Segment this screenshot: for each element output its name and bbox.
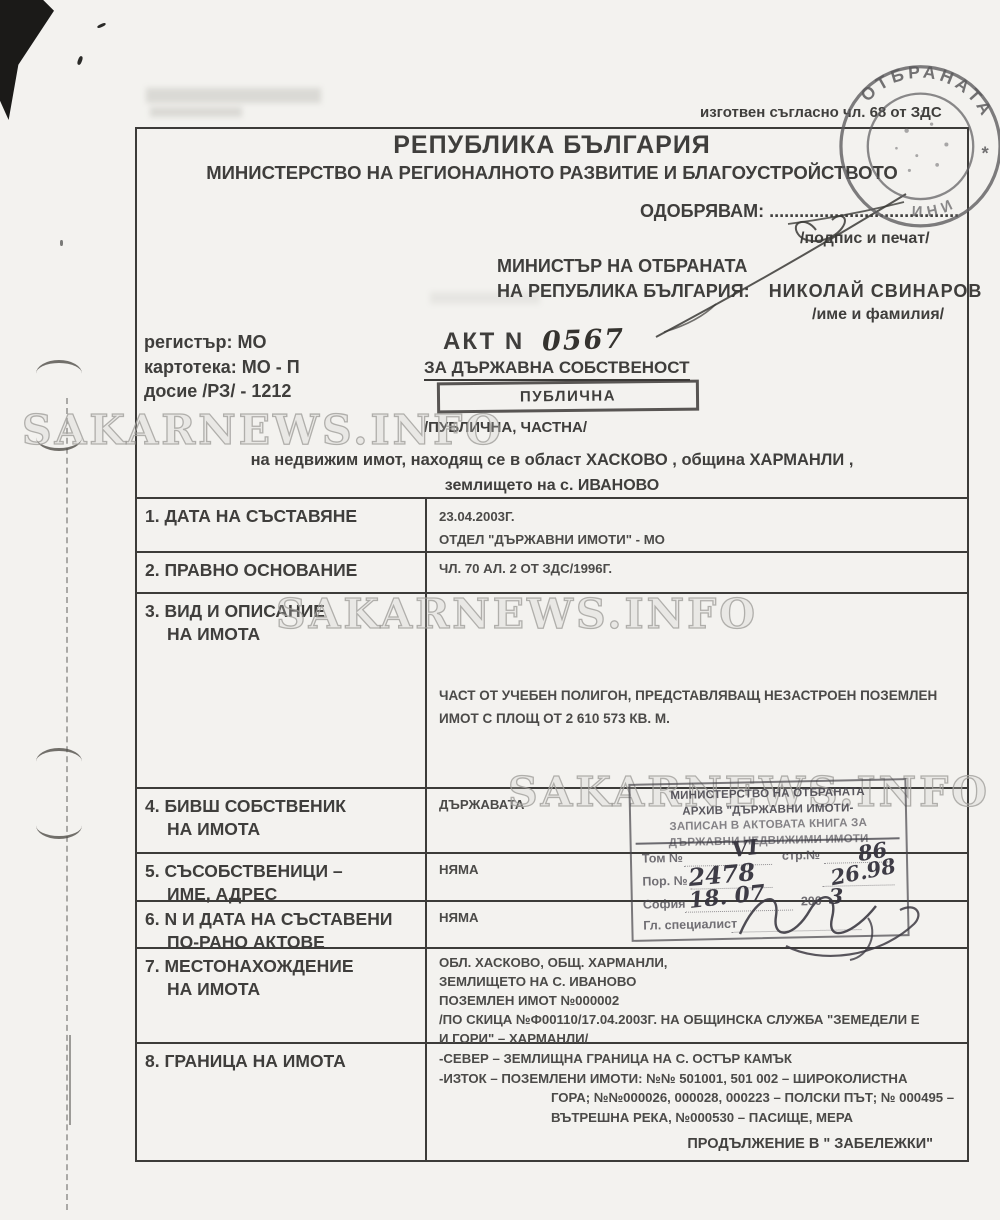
por-label: Пор. № (642, 874, 687, 889)
ghost-print (150, 107, 242, 117)
ownership-type-label: ПУБЛИЧНА (520, 387, 616, 405)
label-line: 8. ГРАНИЦА НА ИМОТА (145, 1050, 419, 1073)
watermark: SAKARNEWS.INFO (276, 590, 758, 638)
specialist-signature (728, 872, 928, 967)
act-title-prefix: АКТ N (443, 328, 524, 355)
registry-block: регистър: МО картотека: МО - П досие /РЗ… (144, 330, 300, 404)
label-line: 5. СЪСОБСТВЕНИЦИ – (145, 860, 419, 883)
row-label: 1. ДАТА НА СЪСТАВЯНЕ (135, 499, 427, 551)
city-label: София (643, 897, 686, 912)
row-value: -СЕВЕР – ЗЕМЛИЩНА ГРАНИЦА НА С. ОСТЪР КА… (427, 1044, 969, 1160)
table-row-date: 1. ДАТА НА СЪСТАВЯНЕ 23.04.2003Г. ОТДЕЛ … (135, 499, 969, 553)
value-line: ИМОТ С ПЛОЩ ОТ 2 610 573 КВ. М. (439, 707, 959, 730)
value-line: ЧЛ. 70 АЛ. 2 ОТ ЗДС/1996Г. (439, 559, 959, 579)
value-line: ОТДЕЛ "ДЪРЖАВНИ ИМОТИ" - МО (439, 528, 959, 551)
register-line: регистър: МО (144, 330, 300, 355)
label-line: 1. ДАТА НА СЪСТАВЯНЕ (145, 505, 419, 528)
label-line: НА ИМОТА (145, 818, 419, 841)
row-label: 6. N И ДАТА НА СЪСТАВЕНИ ПО-РАНО АКТОВЕ (135, 902, 427, 947)
property-location-line2: землището на с. ИВАНОВО (135, 477, 969, 495)
label-line: 4. БИВШ СОБСТВЕНИК (145, 795, 419, 818)
value-line: -СЕВЕР – ЗЕМЛИЩНА ГРАНИЦА НА С. ОСТЪР КА… (439, 1049, 959, 1069)
fold-line (66, 398, 68, 1210)
value-line: /ПО СКИЦА №Ф00110/17.04.2003Г. НА ОБЩИНС… (439, 1010, 959, 1029)
watermark: SAKARNEWS.INFO (22, 406, 504, 454)
label-line: 2. ПРАВНО ОСНОВАНИЕ (145, 559, 419, 582)
table-row-legal-grounds: 2. ПРАВНО ОСНОВАНИЕ ЧЛ. 70 АЛ. 2 ОТ ЗДС/… (135, 553, 969, 594)
scan-artifact-corner (0, 0, 54, 120)
value-line: ЧАСТ ОТ УЧЕБЕН ПОЛИГОН, ПРЕДСТАВЛЯВАЩ НЕ… (439, 684, 959, 707)
label-line: 6. N И ДАТА НА СЪСТАВЕНИ (145, 908, 419, 931)
round-ministry-stamp: ОТБРАНАТА ИНИ * (828, 42, 1000, 247)
svg-text:*: * (982, 142, 990, 163)
stamp-speckles (895, 110, 948, 172)
card-index-line: картотека: МО - П (144, 355, 300, 380)
value-line: 23.04.2003Г. (439, 505, 959, 528)
scanned-document-page: SAKARNEWS.INFO SAKARNEWS.INFO SAKARNEWS.… (0, 0, 1000, 1220)
table-row-borders: 8. ГРАНИЦА НА ИМОТА -СЕВЕР – ЗЕМЛИЩНА ГР… (135, 1044, 969, 1162)
value-line: -ИЗТОК – ПОЗЕМЛЕНИ ИМОТИ: №№ 501001, 501… (439, 1069, 959, 1089)
hole-punch (36, 812, 82, 839)
value-line: ПОЗЕМЛЕН ИМОТ №000002 (439, 991, 959, 1010)
label-line: 7. МЕСТОНАХОЖДЕНИЕ (145, 955, 419, 978)
svg-text:ОТБРАНАТА: ОТБРАНАТА (856, 62, 997, 122)
hole-punch (36, 748, 82, 775)
label-line: НА ИМОТА (145, 978, 419, 1001)
scan-speck (60, 240, 63, 246)
act-number-handwritten: 0567 (541, 324, 625, 358)
row-value: 23.04.2003Г. ОТДЕЛ "ДЪРЖАВНИ ИМОТИ" - МО (427, 499, 969, 551)
scan-speck (77, 56, 84, 66)
hole-punch (36, 360, 82, 387)
specialist-label: Гл. специалист (643, 917, 737, 933)
act-title: АКТ N 0567 (443, 325, 625, 356)
row-label: 2. ПРАВНО ОСНОВАНИЕ (135, 553, 427, 592)
row-label: 7. МЕСТОНАХОЖДЕНИЕ НА ИМОТА (135, 949, 427, 1042)
row-label: 8. ГРАНИЦА НА ИМОТА (135, 1044, 427, 1160)
row-label: 4. БИВШ СОБСТВЕНИК НА ИМОТА (135, 789, 427, 852)
str-label: стр.№ (782, 848, 820, 863)
value-paragraph: ЧАСТ ОТ УЧЕБЕН ПОЛИГОН, ПРЕДСТАВЛЯВАЩ НЕ… (439, 684, 959, 730)
value-line: ВЪТРЕШНА РЕКА, №000530 – ПАСИЩЕ, МЕРА (439, 1108, 959, 1128)
dossier-line: досие /РЗ/ - 1212 (144, 379, 300, 404)
act-subtitle: ЗА ДЪРЖАВНА СОБСТВЕНОСТ (424, 358, 690, 381)
value-line: ЗЕМЛИЩЕТО НА С. ИВАНОВО (439, 972, 959, 991)
continuation-note: ПРОДЪЛЖЕНИЕ В " ЗАБЕЛЕЖКИ" (439, 1135, 959, 1155)
row-label: 5. СЪСОБСТВЕНИЦИ – ИМЕ, АДРЕС (135, 854, 427, 900)
fold-line (69, 1035, 71, 1125)
ghost-print (146, 88, 321, 103)
tom-label: Том № (642, 851, 683, 866)
row-value: ЧЛ. 70 АЛ. 2 ОТ ЗДС/1996Г. (427, 553, 969, 592)
value-line: ГОРА; №№000026, 000028, 000223 – ПОЛСКИ … (439, 1088, 959, 1108)
scan-speck (97, 22, 106, 29)
